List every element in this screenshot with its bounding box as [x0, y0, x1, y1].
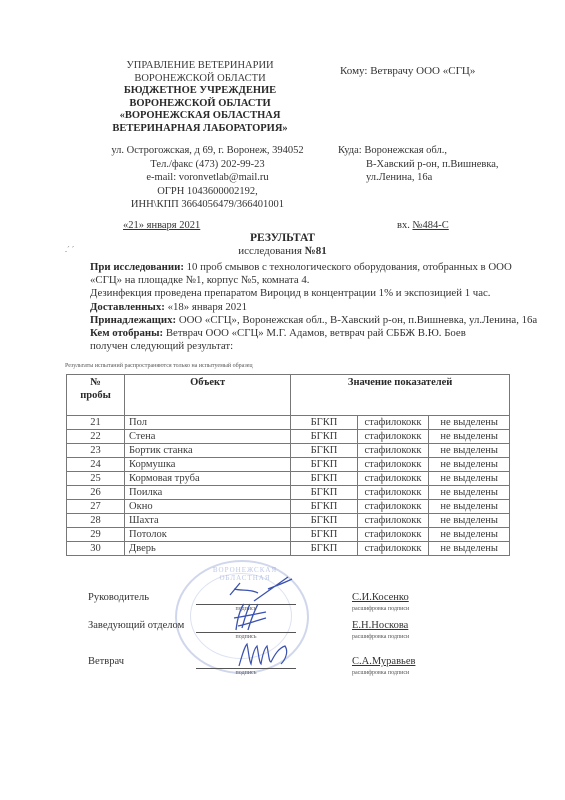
- signature-role: Руководитель: [88, 592, 149, 603]
- table-row: 30ДверьБГКПстафилококкне выделены: [67, 542, 510, 556]
- sampled-paragraph: Кем отобраны: Ветврач ООО «СГЦ» М.Г. Ада…: [90, 327, 545, 340]
- org-line: ВОРОНЕЖСКОЙ ОБЛАСТИ: [75, 73, 325, 86]
- signature-3-icon: [235, 640, 295, 668]
- cell-indicator-2: стафилококк: [357, 472, 429, 486]
- cell-result: не выделены: [429, 528, 510, 542]
- address-line: Тел./факс (473) 202-99-23: [80, 158, 335, 172]
- cell-result: не выделены: [429, 542, 510, 556]
- document-body: При исследовании: 10 проб смывов с техно…: [90, 261, 545, 353]
- table-header-row: №пробы Объект Значение показателей: [67, 375, 510, 416]
- table-row: 22СтенаБГКПстафилококкне выделены: [67, 430, 510, 444]
- signature-role: Ветврач: [88, 656, 124, 667]
- table-row: 24КормушкаБГКПстафилококкне выделены: [67, 458, 510, 472]
- result-intro: получен следующий результат:: [90, 340, 545, 353]
- cell-object: Кормовая труба: [125, 472, 291, 486]
- cell-object: Шахта: [125, 514, 291, 528]
- cell-indicator-1: БГКП: [291, 542, 357, 556]
- delivered-label: Доставленных:: [90, 301, 165, 313]
- header-number: №пробы: [67, 375, 125, 416]
- cell-result: не выделены: [429, 416, 510, 430]
- delivered-paragraph: Доставленных: «18» января 2021: [90, 301, 545, 314]
- owner-paragraph: Принадлежащих: ООО «СГЦ», Воронежская об…: [90, 314, 545, 327]
- cell-indicator-1: БГКП: [291, 472, 357, 486]
- subtitle-prefix: исследования: [238, 245, 302, 257]
- address-line: ОГРН 1043600002192,: [80, 185, 335, 199]
- cell-indicator-2: стафилококк: [357, 514, 429, 528]
- header-object: Объект: [125, 375, 291, 416]
- cell-indicator-2: стафилококк: [357, 542, 429, 556]
- cell-indicator-2: стафилококк: [357, 444, 429, 458]
- cell-indicator-2: стафилококк: [357, 430, 429, 444]
- signer-name: С.И.Косенко: [352, 592, 409, 603]
- table-row: 27ОкноБГКПстафилококкне выделены: [67, 500, 510, 514]
- cell-indicator-2: стафилококк: [357, 416, 429, 430]
- cell-object: Пол: [125, 416, 291, 430]
- cell-object: Стена: [125, 430, 291, 444]
- incoming-number: вх. №484-С: [397, 220, 449, 231]
- cell-result: не выделены: [429, 430, 510, 444]
- cell-object: Поилка: [125, 486, 291, 500]
- table-row: 29ПотолокБГКПстафилококкне выделены: [67, 528, 510, 542]
- cell-result: не выделены: [429, 444, 510, 458]
- cell-result: не выделены: [429, 514, 510, 528]
- cell-result: не выделены: [429, 486, 510, 500]
- cell-number: 24: [67, 458, 125, 472]
- research-label: При исследовании:: [90, 261, 184, 273]
- signer-name-caption: расшифровка подписи: [352, 634, 409, 640]
- cell-indicator-1: БГКП: [291, 430, 357, 444]
- table-row: 28ШахтаБГКПстафилококкне выделены: [67, 514, 510, 528]
- cell-indicator-2: стафилококк: [357, 500, 429, 514]
- table-row: 26ПоилкаБГКПстафилококкне выделены: [67, 486, 510, 500]
- cell-number: 26: [67, 486, 125, 500]
- cell-indicator-1: БГКП: [291, 444, 357, 458]
- organization-address: ул. Острогожская, д 69, г. Воронеж, 3940…: [80, 144, 335, 212]
- cell-indicator-1: БГКП: [291, 528, 357, 542]
- sampled-label: Кем отобраны:: [90, 327, 163, 339]
- incoming-number-value: №484-С: [412, 220, 448, 231]
- document-date: «21» января 2021: [123, 220, 200, 231]
- destination-label: Куда:: [338, 145, 362, 156]
- research-paragraph: При исследовании: 10 проб смывов с техно…: [90, 261, 545, 287]
- document-title: РЕЗУЛЬТАТ: [0, 232, 565, 244]
- owner-label: Принадлежащих:: [90, 314, 176, 326]
- cell-indicator-2: стафилококк: [357, 528, 429, 542]
- organization-header: УПРАВЛЕНИЕ ВЕТЕРИНАРИИВОРОНЕЖСКОЙ ОБЛАСТ…: [75, 60, 325, 135]
- cell-indicator-1: БГКП: [291, 500, 357, 514]
- signer-name-caption: расшифровка подписи: [352, 670, 409, 676]
- org-line: ВЕТЕРИНАРНАЯ ЛАБОРАТОРИЯ»: [75, 123, 325, 136]
- delivered-text: «18» января 2021: [168, 301, 247, 313]
- table-row: 23Бортик станкаБГКПстафилококкне выделен…: [67, 444, 510, 458]
- cell-result: не выделены: [429, 500, 510, 514]
- research-number: №81: [305, 245, 327, 257]
- header-values: Значение показателей: [291, 375, 510, 416]
- cell-number: 28: [67, 514, 125, 528]
- scan-marks: .´ ´: [65, 245, 74, 254]
- cell-indicator-2: стафилококк: [357, 458, 429, 472]
- cell-indicator-1: БГКП: [291, 514, 357, 528]
- table-row: 21ПолБГКПстафилококкне выделены: [67, 416, 510, 430]
- document-subtitle: исследования №81: [0, 245, 565, 257]
- results-table: №пробы Объект Значение показателей 21Пол…: [66, 374, 510, 556]
- cell-indicator-1: БГКП: [291, 458, 357, 472]
- cell-object: Дверь: [125, 542, 291, 556]
- destination-line-3: ул.Ленина, 16а: [338, 171, 499, 185]
- org-line: ВОРОНЕЖСКОЙ ОБЛАСТИ: [75, 98, 325, 111]
- cell-result: не выделены: [429, 458, 510, 472]
- cell-number: 21: [67, 416, 125, 430]
- results-note: Результаты испытаний распространяются то…: [65, 363, 253, 369]
- cell-indicator-1: БГКП: [291, 486, 357, 500]
- cell-object: Бортик станка: [125, 444, 291, 458]
- org-line: «ВОРОНЕЖСКАЯ ОБЛАСТНАЯ: [75, 110, 325, 123]
- disinfection-text: Дезинфекция проведена препаратом Вироцид…: [90, 287, 545, 300]
- table-row: 25Кормовая трубаБГКПстафилококкне выделе…: [67, 472, 510, 486]
- cell-object: Потолок: [125, 528, 291, 542]
- signature-2-icon: [232, 600, 272, 636]
- org-line: УПРАВЛЕНИЕ ВЕТЕРИНАРИИ: [75, 60, 325, 73]
- signer-name-caption: расшифровка подписи: [352, 606, 409, 612]
- cell-object: Окно: [125, 500, 291, 514]
- cell-result: не выделены: [429, 472, 510, 486]
- signer-name: С.А.Муравьев: [352, 656, 415, 667]
- cell-number: 27: [67, 500, 125, 514]
- signer-name: Е.Н.Носкова: [352, 620, 408, 631]
- owner-text: ООО «СГЦ», Воронежская обл., В-Хавский р…: [179, 314, 537, 326]
- cell-number: 30: [67, 542, 125, 556]
- destination-line-2: В-Хавский р-он, п.Вишневка,: [338, 158, 499, 172]
- cell-number: 25: [67, 472, 125, 486]
- incoming-prefix: вх.: [397, 220, 410, 231]
- destination-line-1: Воронежская обл.,: [364, 145, 447, 156]
- signature-caption: подпись: [196, 670, 296, 676]
- address-line: e-mail: voronvetlab@mail.ru: [80, 171, 335, 185]
- cell-object: Кормушка: [125, 458, 291, 472]
- sampled-text: Ветврач ООО «СГЦ» М.Г. Адамов, ветврач р…: [166, 327, 466, 339]
- cell-indicator-2: стафилококк: [357, 486, 429, 500]
- address-line: ИНН\КПП 3664056479/366401001: [80, 198, 335, 212]
- signature-line: [196, 668, 296, 669]
- cell-number: 22: [67, 430, 125, 444]
- cell-number: 29: [67, 528, 125, 542]
- cell-number: 23: [67, 444, 125, 458]
- cell-indicator-1: БГКП: [291, 416, 357, 430]
- signature-role: Заведующий отделом: [88, 620, 184, 631]
- address-line: ул. Острогожская, д 69, г. Воронеж, 3940…: [80, 144, 335, 158]
- recipient: Кому: Ветврачу ООО «СГЦ»: [340, 65, 475, 77]
- destination-address: Куда: Воронежская обл., В-Хавский р-он, …: [338, 144, 499, 185]
- org-line: БЮДЖЕТНОЕ УЧРЕЖДЕНИЕ: [75, 85, 325, 98]
